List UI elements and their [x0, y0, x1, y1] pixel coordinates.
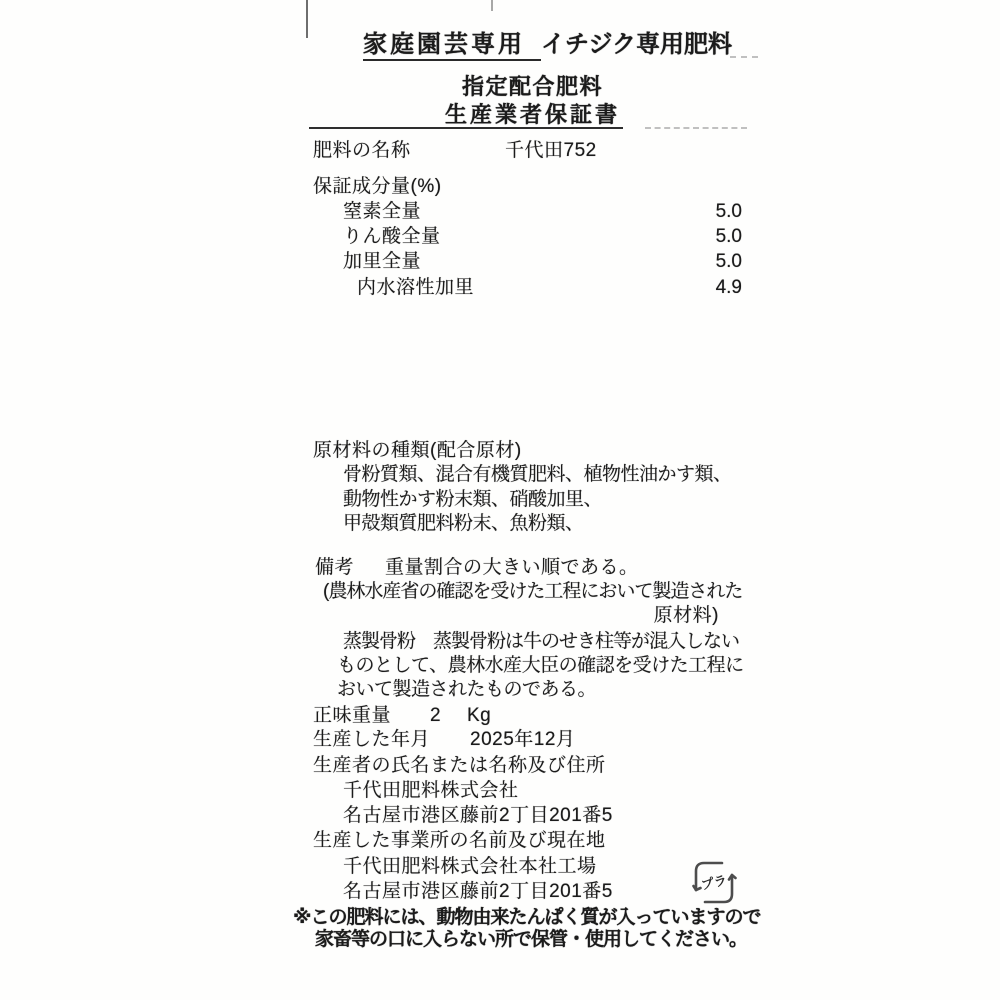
- scan-artifact-dash: [730, 56, 758, 58]
- certificate-title: 生産業者保証書: [305, 104, 760, 126]
- scanned-label-sheet: 家庭園芸専用イチジク専用肥料 指定配合肥料 生産業者保証書 肥料の名称 千代田7…: [0, 0, 1000, 1000]
- label-title: 家庭園芸専用イチジク専用肥料: [363, 34, 732, 61]
- component-value: 4.9: [700, 277, 742, 299]
- materials-line: 甲殻類質肥料粉末、魚粉類、: [343, 513, 584, 535]
- warning-line: 家畜等の口に入らない所で保管・使用してください。: [315, 929, 747, 951]
- remarks-label: 備考: [315, 557, 354, 579]
- materials-line: 動物性かす粉末類、硝酸加里、: [343, 489, 602, 511]
- net-weight-value: 2: [430, 705, 441, 727]
- materials-heading: 原材料の種類(配合原材): [313, 440, 522, 462]
- production-date-label: 生産した年月: [313, 729, 430, 751]
- remarks-text: 重量割合の大きい順である。: [385, 557, 639, 579]
- production-date-value: 2025年12月: [470, 729, 575, 751]
- net-weight-unit: Kg: [467, 705, 491, 727]
- remarks-paren-close: 原材料): [305, 605, 719, 627]
- factory-heading: 生産した事業所の名前及び現在地: [313, 830, 606, 852]
- bone-meal-line: 蒸製骨粉 蒸製骨粉は牛のせき柱等が混入しない: [343, 631, 739, 653]
- component-label: 内水溶性加里: [357, 277, 474, 299]
- factory-name: 千代田肥料株式会社本社工場: [343, 856, 597, 878]
- component-label: 加里全量: [343, 251, 421, 273]
- guarantee-heading: 保証成分量(%): [313, 176, 442, 198]
- producer-heading: 生産者の氏名または名称及び住所: [313, 755, 606, 777]
- bone-meal-line: おいて製造されたものである。: [337, 679, 596, 701]
- factory-address: 名古屋市港区藤前2丁目201番5: [343, 881, 613, 903]
- scan-artifact-left-edge: [306, 0, 308, 38]
- warning-line: ※この肥料には、動物由来たんぱく質が入っていますので: [293, 907, 760, 929]
- net-weight-label: 正味重量: [313, 705, 391, 727]
- producer-address: 名古屋市港区藤前2丁目201番5: [343, 805, 613, 827]
- bone-meal-line: ものとして、農林水産大臣の確認を受けた工程に: [337, 655, 744, 677]
- component-label: 窒素全量: [343, 201, 421, 223]
- producer-name: 千代田肥料株式会社: [343, 780, 519, 802]
- recycle-mark-text: プラ: [700, 872, 729, 892]
- certificate-underline-dashes: [645, 127, 747, 129]
- fertilizer-name-value: 千代田752: [505, 140, 597, 162]
- component-value: 5.0: [700, 201, 742, 223]
- certificate-underline: [309, 127, 623, 129]
- component-value: 5.0: [700, 251, 742, 273]
- component-label: りん酸全量: [343, 226, 441, 248]
- fertilizer-name-label: 肥料の名称: [313, 140, 411, 162]
- component-value: 5.0: [700, 226, 742, 248]
- remarks-paren-line: (農林水産省の確認を受けた工程において製造された: [323, 581, 742, 603]
- plastic-recycle-mark-icon: プラ: [691, 858, 737, 908]
- use-type-title: 家庭園芸専用: [363, 34, 541, 61]
- materials-line: 骨粉質類、混合有機質肥料、植物性油かす類、: [343, 464, 732, 486]
- product-type-title: イチジク専用肥料: [541, 34, 732, 56]
- scan-artifact-tick: [491, 0, 493, 11]
- classification-title: 指定配合肥料: [305, 76, 760, 98]
- label-content: 家庭園芸専用イチジク専用肥料 指定配合肥料 生産業者保証書 肥料の名称 千代田7…: [305, 0, 760, 1000]
